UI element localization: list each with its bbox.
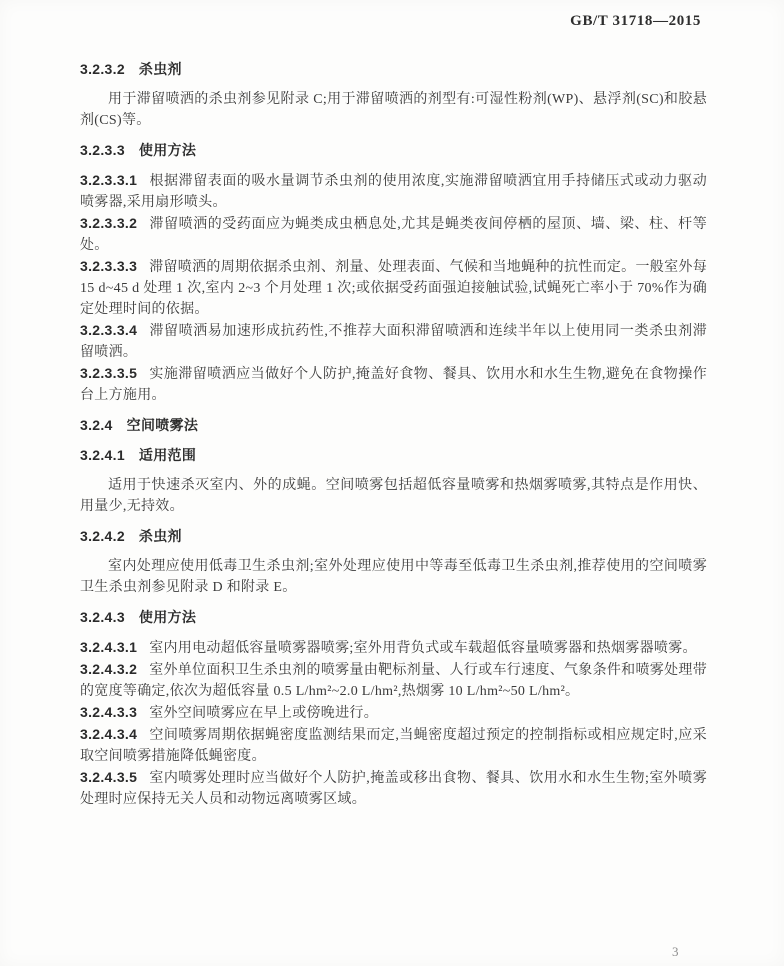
clause-text: 实施滞留喷洒应当做好个人防护,掩盖好食物、餐具、饮用水和水生生物,避免在食物操作… [80, 367, 707, 403]
document-page: GB/T 31718—2015 3.2.3.2杀虫剂用于滞留喷洒的杀虫剂参见附录… [0, 0, 784, 966]
clause-text: 室内喷雾处理时应当做好个人防护,掩盖或移出食物、餐具、饮用水和水生生物;室外喷雾… [80, 771, 707, 807]
clause-text: 室外单位面积卫生杀虫剂的喷雾量由靶标剂量、人行或车行速度、气象条件和喷雾处理带的… [80, 663, 707, 699]
clause-number: 3.2.4.3.5 [80, 769, 137, 785]
body-paragraph: 用于滞留喷洒的杀虫剂参见附录 C;用于滞留喷洒的剂型有:可湿性粉剂(WP)、悬浮… [80, 89, 707, 131]
clause-paragraph: 3.2.3.3.3滞留喷洒的周期依据杀虫剂、剂量、处理表面、气候和当地蝇种的抗性… [80, 256, 707, 320]
clause-paragraph: 3.2.3.3.5实施滞留喷洒应当做好个人防护,掩盖好食物、餐具、饮用水和水生生… [80, 363, 707, 406]
section-heading: 3.2.4空间喷雾法 [80, 415, 707, 436]
clause-number: 3.2.4.3.4 [80, 726, 137, 742]
clause-text: 滞留喷洒的周期依据杀虫剂、剂量、处理表面、气候和当地蝇种的抗性而定。一般室外每 … [80, 260, 707, 317]
section-heading: 3.2.4.3使用方法 [80, 607, 707, 628]
clause-number: 3.2.4.3.1 [80, 639, 137, 655]
document-body: 3.2.3.2杀虫剂用于滞留喷洒的杀虫剂参见附录 C;用于滞留喷洒的剂型有:可湿… [80, 0, 707, 810]
section-number: 3.2.4.1 [80, 447, 125, 463]
clause-paragraph: 3.2.4.3.4空间喷雾周期依据蝇密度监测结果而定,当蝇密度超过预定的控制指标… [80, 724, 707, 767]
section-number: 3.2.4.2 [80, 528, 125, 544]
clause-paragraph: 3.2.3.3.2滞留喷洒的受药面应为蝇类成虫栖息处,尤其是蝇类夜间停栖的屋顶、… [80, 213, 707, 256]
clause-number: 3.2.4.3.2 [80, 661, 137, 677]
body-paragraph: 适用于快速杀灭室内、外的成蝇。空间喷雾包括超低容量喷雾和热烟雾喷雾,其特点是作用… [80, 475, 707, 517]
section-number: 3.2.3.2 [80, 61, 125, 77]
clause-text: 滞留喷洒易加速形成抗药性,不推荐大面积滞留喷洒和连续半年以上使用同一类杀虫剂滞留… [80, 324, 707, 360]
clause-number: 3.2.3.3.5 [80, 365, 137, 381]
clause-paragraph: 3.2.4.3.1室内用电动超低容量喷雾器喷雾;室外用背负式或车载超低容量喷雾器… [80, 637, 707, 659]
clause-paragraph: 3.2.4.3.3室外空间喷雾应在早上或傍晚进行。 [80, 702, 707, 724]
clause-number: 3.2.3.3.4 [80, 322, 137, 338]
section-title: 杀虫剂 [139, 528, 182, 544]
clause-number: 3.2.3.3.2 [80, 215, 137, 231]
section-heading: 3.2.3.2杀虫剂 [80, 59, 707, 80]
clause-text: 室外空间喷雾应在早上或傍晚进行。 [149, 706, 378, 721]
section-heading: 3.2.4.2杀虫剂 [80, 526, 707, 547]
clause-paragraph: 3.2.3.3.1根据滞留表面的吸水量调节杀虫剂的使用浓度,实施滞留喷洒宜用手持… [80, 170, 707, 213]
clause-number: 3.2.3.3.1 [80, 172, 137, 188]
clause-text: 滞留喷洒的受药面应为蝇类成虫栖息处,尤其是蝇类夜间停栖的屋顶、墙、梁、柱、杆等处… [80, 217, 707, 253]
section-title: 使用方法 [139, 609, 196, 625]
body-paragraph: 室内处理应使用低毒卫生杀虫剂;室外处理应使用中等毒至低毒卫生杀虫剂,推荐使用的空… [80, 556, 707, 598]
section-heading: 3.2.4.1适用范围 [80, 445, 707, 466]
section-number: 3.2.4.3 [80, 609, 125, 625]
clause-paragraph: 3.2.4.3.2室外单位面积卫生杀虫剂的喷雾量由靶标剂量、人行或车行速度、气象… [80, 659, 707, 702]
section-title: 使用方法 [139, 142, 196, 158]
section-number: 3.2.3.3 [80, 142, 125, 158]
section-heading: 3.2.3.3使用方法 [80, 140, 707, 161]
page-number: 3 [672, 944, 679, 960]
section-title: 适用范围 [139, 447, 196, 463]
clause-number: 3.2.4.3.3 [80, 704, 137, 720]
clause-text: 室内用电动超低容量喷雾器喷雾;室外用背负式或车载超低容量喷雾器和热烟雾器喷雾。 [149, 641, 697, 656]
section-number: 3.2.4 [80, 417, 113, 433]
clause-paragraph: 3.2.4.3.5室内喷雾处理时应当做好个人防护,掩盖或移出食物、餐具、饮用水和… [80, 767, 707, 810]
section-title: 空间喷雾法 [127, 417, 199, 433]
clause-text: 空间喷雾周期依据蝇密度监测结果而定,当蝇密度超过预定的控制指标或相应规定时,应采… [80, 728, 707, 764]
clause-text: 根据滞留表面的吸水量调节杀虫剂的使用浓度,实施滞留喷洒宜用手持储压式或动力驱动喷… [80, 174, 707, 210]
section-title: 杀虫剂 [139, 61, 182, 77]
clause-paragraph: 3.2.3.3.4滞留喷洒易加速形成抗药性,不推荐大面积滞留喷洒和连续半年以上使… [80, 320, 707, 363]
clause-number: 3.2.3.3.3 [80, 258, 137, 274]
